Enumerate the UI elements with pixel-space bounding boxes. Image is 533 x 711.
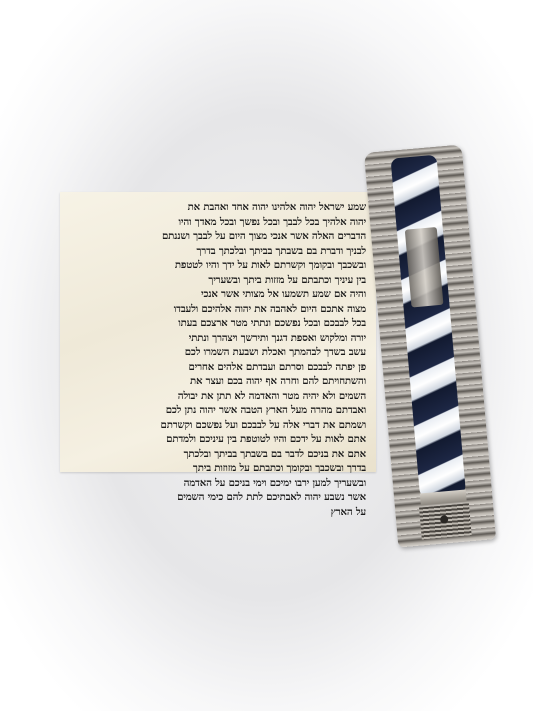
scroll-text: שמע ישראל יהוה אלהינו יהוה אחד ואהבת את … <box>70 200 366 519</box>
scroll-line: ואבדתם מהרה מעל הארץ הטבה אשר יהוה נתן ל… <box>70 403 366 418</box>
scroll-line: והשתחויתם להם וחרה אף יהוה בכם ועצר את <box>70 374 366 389</box>
parchment-scroll: שמע ישראל יהוה אלהינו יהוה אחד ואהבת את … <box>60 192 376 472</box>
scroll-line: אתם את בניכם לדבר בם בשבתך בביתך ובלכתך <box>70 447 366 462</box>
scroll-line: והיה אם שמע תשמעו אל מצותי אשר אנכי <box>70 287 366 302</box>
scroll-line: לבניך ודברת בם בשבתך בביתך ובלכתך בדרך <box>70 244 366 259</box>
scroll-line: פן יפתה לבבכם וסרתם ועבדתם אלהים אחרים <box>70 360 366 375</box>
scroll-line: ושמתם את דברי אלה על לבבכם ועל נפשכם וקש… <box>70 418 366 433</box>
scroll-line: עשב בשדך לבהמתך ואכלת ושבעת השמרו לכם <box>70 345 366 360</box>
mezuzah-case <box>364 144 496 547</box>
scroll-line: בין עיניך וכתבתם על מזזות ביתך ובשעריך <box>70 273 366 288</box>
scroll-line: שמע ישראל יהוה אלהינו יהוה אחד ואהבת את <box>70 200 366 215</box>
scroll-line: יורה ומלקוש ואספת דגנך ותירשך ויצהרך ונת… <box>70 331 366 346</box>
scroll-line: בכל לבבכם ובכל נפשכם ונתתי מטר ארצכם בעת… <box>70 316 366 331</box>
scroll-line: הדברים האלה אשר אנכי מצוך היום על לבבך ו… <box>70 229 366 244</box>
scroll-line: מצוה אתכם היום לאהבה את יהוה אלהיכם ולעב… <box>70 302 366 317</box>
scroll-line: יהוה אלהיך בכל לבבך ובכל נפשך ובכל מאדך … <box>70 215 366 230</box>
scroll-line: אשר נשבע יהוה לאבתיכם לתת להם כימי השמים <box>70 490 366 505</box>
scroll-line: ובשכבך ובקומך וקשרתם לאות על ידך והיו לט… <box>70 258 366 273</box>
scroll-line: אתם לאות על ידכם והיו לטוטפת בין עיניכם … <box>70 432 366 447</box>
shin-letter-icon <box>405 227 444 307</box>
scroll-line: השמים ולא יהיה מטר והאדמה לא תתן את יבול… <box>70 389 366 404</box>
scroll-line: בדרך ובשכבך ובקומך וכתבתם על מזוזות ביתך <box>70 461 366 476</box>
scroll-line: על הארץ <box>70 505 366 520</box>
scroll-line: ובשעריך למען ירבו ימיכם וימי בניכם על הא… <box>70 476 366 491</box>
